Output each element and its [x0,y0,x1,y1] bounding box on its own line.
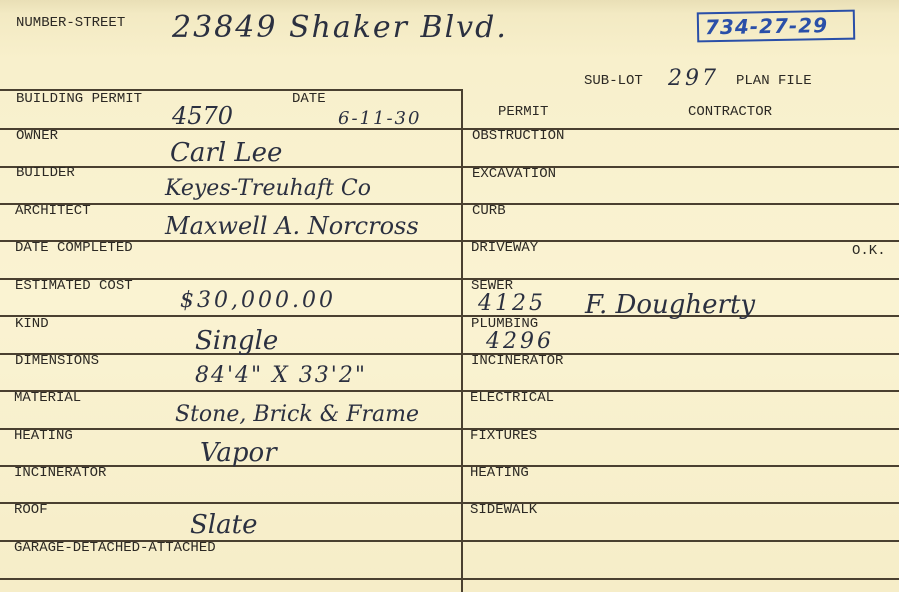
divider [0,240,899,242]
divider [0,166,899,168]
label-excavation: EXCAVATION [472,166,556,182]
value-builder: Keyes-Treuhaft Co [165,176,371,201]
label-material: MATERIAL [14,390,81,406]
value-estimated-cost: $30,000.00 [180,288,336,313]
value-building-permit: 4570 [172,102,233,130]
divider [0,578,899,580]
sub-lot-value: 297 [668,66,719,91]
value-sewer-contractor: F. Dougherty [585,290,755,320]
value-sewer-number: 4125 [478,291,546,316]
divider [0,353,899,355]
label-curb: CURB [472,203,506,219]
value-architect: Maxwell A. Norcross [165,212,419,240]
label-obstruction: OBSTRUCTION [472,128,564,144]
label-heating: HEATING [14,428,73,444]
label-sidewalk: SIDEWALK [470,502,537,518]
permit-column-header: PERMIT [498,104,548,120]
column-divider [461,89,463,592]
label-kind: KIND [15,316,49,332]
building-permit-card: NUMBER-STREET 23849 Shaker Blvd. 734-27-… [0,0,899,592]
contractor-column-header: CONTRACTOR [688,104,772,120]
value-plumbing-number: 4296 [486,329,554,354]
label-date-completed: DATE COMPLETED [15,240,133,256]
plan-file-label: PLAN FILE [736,73,812,89]
divider [0,428,899,430]
file-number-stamp: 734-27-29 [697,10,855,43]
label-electrical: ELECTRICAL [470,390,554,406]
label-builder: BUILDER [16,165,75,181]
value-kind: Single [195,326,278,356]
divider [0,278,899,280]
label-incinerator-permit: INCINERATOR [471,353,563,369]
label-roof: ROOF [14,502,48,518]
value-material: Stone, Brick & Frame [175,402,419,427]
label-architect: ARCHITECT [15,203,91,219]
label-driveway: DRIVEWAY [471,240,538,256]
divider [0,390,899,392]
number-street-value: 23849 Shaker Blvd. [172,10,508,45]
value-roof: Slate [190,510,257,540]
label-owner: OWNER [16,128,58,144]
divider [0,203,899,205]
value-heating: Vapor [200,438,277,468]
value-dimensions: 84'4" X 33'2" [195,363,367,388]
label-heating-permit: HEATING [470,465,529,481]
label-dimensions: DIMENSIONS [15,353,99,369]
label-incinerator: INCINERATOR [14,465,106,481]
divider [0,128,899,130]
label-fixtures: FIXTURES [470,428,537,444]
sub-lot-label: SUB-LOT [584,73,643,89]
label-estimated-cost: ESTIMATED COST [15,278,133,294]
number-street-label: NUMBER-STREET [16,15,125,31]
divider [0,502,899,504]
driveway-note: O.K. [852,243,886,259]
value-owner: Carl Lee [170,138,282,168]
label-garage: GARAGE-DETACHED-ATTACHED [14,540,216,556]
divider [0,465,899,467]
label-building-permit: BUILDING PERMIT [16,91,142,107]
divider [0,315,899,317]
value-permit-date: 6-11-30 [338,108,421,129]
label-date: DATE [292,91,326,107]
